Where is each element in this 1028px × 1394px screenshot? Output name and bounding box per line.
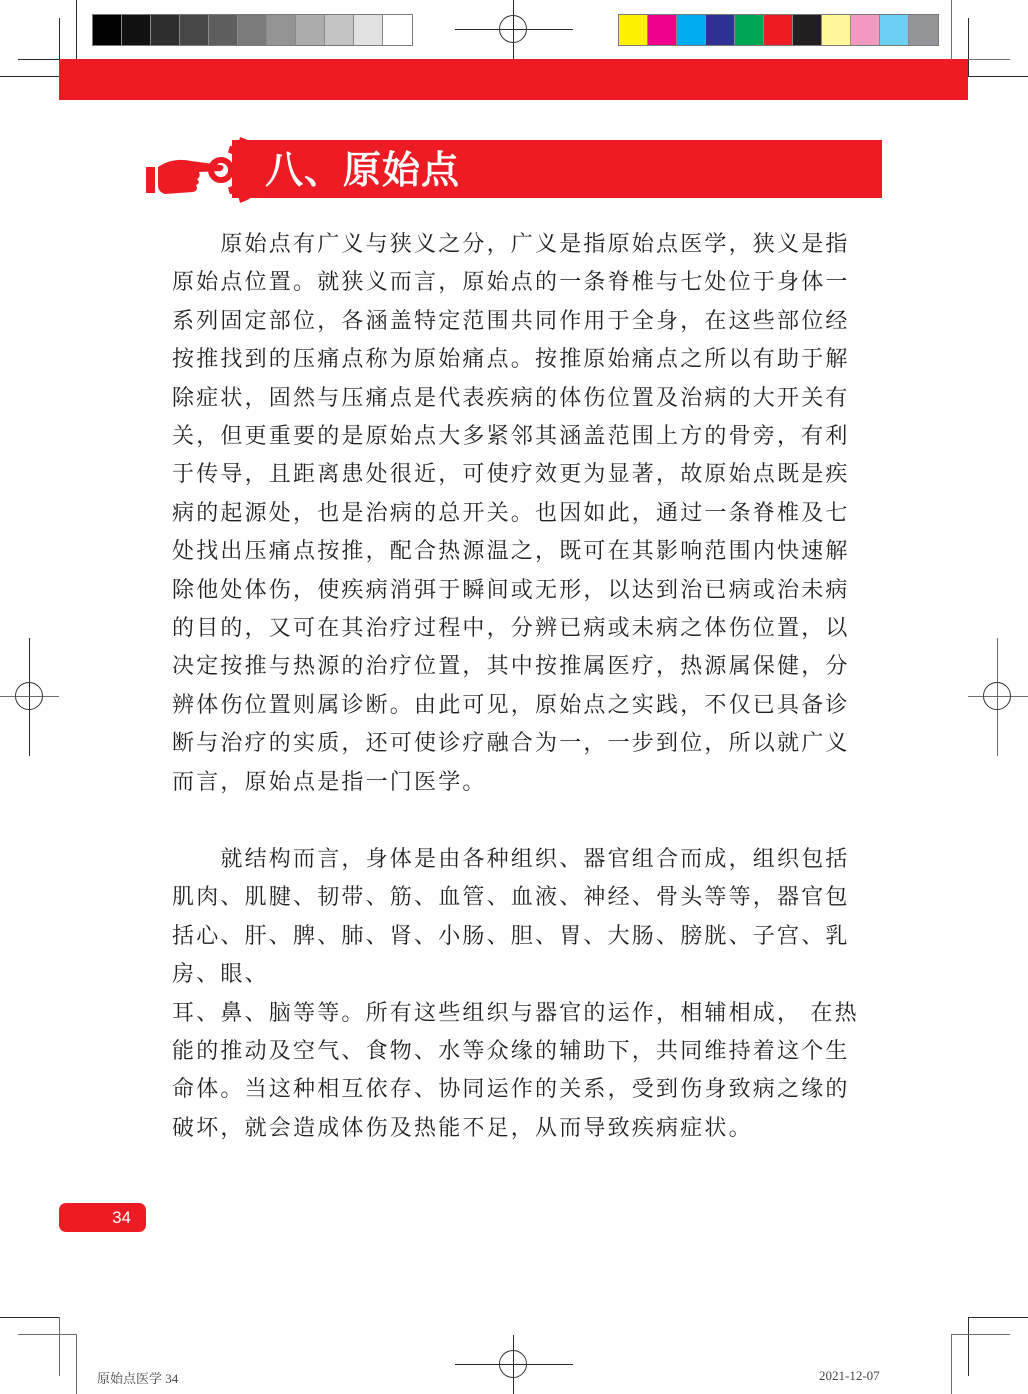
text-line: 病的起源处，也是治病的总开关。也因如此，通过一条脊椎及七 (172, 495, 862, 533)
page-number-badge: 34 (59, 1203, 146, 1232)
gray-swatch (151, 15, 180, 45)
color-swatch (764, 15, 793, 45)
gray-swatch (238, 15, 267, 45)
text-line: 断与治疗的实质，还可使诊疗融合为一，一步到位，所以就广义 (172, 725, 862, 763)
paragraph-1: 原始点有广义与狭义之分，广义是指原始点医学，狭义是指原始点位置。就狭义而言，原始… (172, 226, 862, 802)
text-line: 按推找到的压痛点称为原始痛点。按推原始痛点之所以有助于解 (172, 341, 862, 379)
grayscale-bar (92, 14, 413, 46)
gray-swatch (180, 15, 209, 45)
text-line: 除症状，固然与压痛点是代表疾病的体伤位置及治病的大开关有 (172, 380, 862, 418)
color-swatch (851, 15, 880, 45)
text-line: 除他处体伤，使疾病消弭于瞬间或无形，以达到治已病或治未病 (172, 572, 862, 610)
header-band (59, 59, 968, 100)
gray-swatch (122, 15, 151, 45)
text-line: 的目的，又可在其治疗过程中，分辨已病或未病之体伤位置，以 (172, 610, 862, 648)
gray-swatch (209, 15, 238, 45)
gray-swatch (354, 15, 383, 45)
color-swatch (880, 15, 909, 45)
color-swatch (793, 15, 822, 45)
gray-swatch (93, 15, 122, 45)
pointing-hand-target-icon (143, 137, 268, 203)
text-line: 辨体伤位置则属诊断。由此可见，原始点之实践，不仅已具备诊 (172, 687, 862, 725)
text-line: 决定按推与热源的治疗位置，其中按推属医疗，热源属保健，分 (172, 648, 862, 686)
text-line: 关，但更重要的是原始点大多紧邻其涵盖范围上方的骨旁，有利 (172, 418, 862, 456)
color-swatch (822, 15, 851, 45)
color-swatch (648, 15, 677, 45)
text-line: 耳、鼻、脑等等。所有这些组织与器官的运作，相辅相成， 在热 (172, 995, 862, 1033)
gray-swatch (325, 15, 354, 45)
color-swatch (706, 15, 735, 45)
text-line: 系列固定部位，各涵盖特定范围共同作用于全身，在这些部位经 (172, 303, 862, 341)
slug-left: 原始点医学 34 (97, 1368, 178, 1387)
text-line: 命体。当这种相互依存、协同运作的关系，受到伤身致病之缘的 (172, 1071, 862, 1109)
color-swatch (619, 15, 648, 45)
text-line: 破坏，就会造成体伤及热能不足，从而导致疾病症状。 (172, 1110, 862, 1148)
text-line: 能的推动及空气、食物、水等众缘的辅助下，共同维持着这个生 (172, 1033, 862, 1071)
text-line: 于传导，且距离患处很近，可使疗效更为显著，故原始点既是疾 (172, 456, 862, 494)
text-line: 原始点位置。就狭义而言，原始点的一条脊椎与七处位于身体一 (172, 264, 862, 302)
paragraph-2: 就结构而言，身体是由各种组织、器官组合而成，组织包括肌肉、肌腱、韧带、筋、血管、… (172, 841, 862, 1148)
section-title: 八、原始点 (265, 145, 460, 195)
color-swatch (677, 15, 706, 45)
text-line: 括心、肝、脾、肺、肾、小肠、胆、胃、大肠、膀胱、子宫、乳房、眼、 (172, 918, 862, 995)
color-bar (618, 14, 939, 46)
text-line: 就结构而言，身体是由各种组织、器官组合而成，组织包括 (172, 841, 862, 879)
color-swatch (735, 15, 764, 45)
text-line: 原始点有广义与狭义之分，广义是指原始点医学，狭义是指 (172, 226, 862, 264)
gray-swatch (267, 15, 296, 45)
gray-swatch (383, 15, 412, 45)
color-swatch (909, 15, 938, 45)
gray-swatch (296, 15, 325, 45)
text-line: 处找出压痛点按推，配合热源温之，既可在其影响范围内快速解 (172, 533, 862, 571)
text-line: 而言，原始点是指一门医学。 (172, 764, 862, 802)
text-line: 肌肉、肌腱、韧带、筋、血管、血液、神经、骨头等等，器官包 (172, 879, 862, 917)
slug-date: 2021-12-07 (819, 1368, 880, 1384)
